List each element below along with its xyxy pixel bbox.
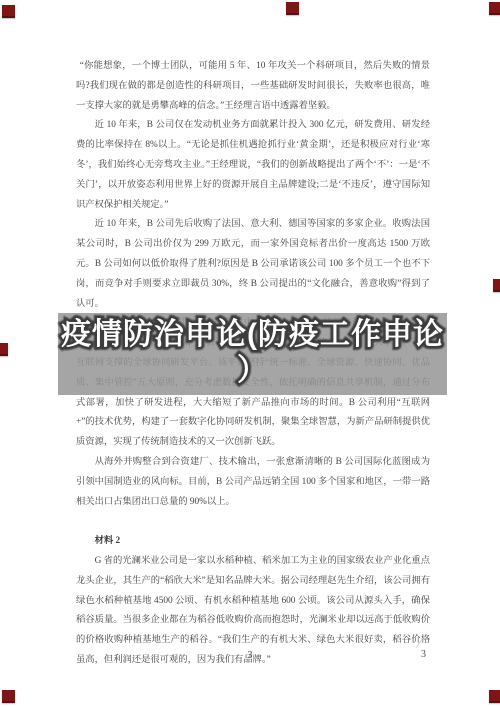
paragraph: “你能想象，一个博士团队，可能用 5 年、10 年攻关一个科研项目，然后失败的情…: [76, 57, 430, 116]
selection-handle[interactable]: [489, 2, 500, 15]
paragraph-list: “你能想象，一个博士团队，可能用 5 年、10 年攻关一个科研项目，然后失败的情…: [76, 57, 430, 512]
material-2-heading: 材料 2: [76, 532, 430, 552]
watermark-title-fill-layer: 疫情防治申论(防疫工作申论 ）: [58, 317, 447, 389]
selection-handle[interactable]: [0, 343, 8, 356]
selection-handle[interactable]: [2, 690, 15, 703]
page-number-right: 3: [421, 649, 426, 660]
selection-handle[interactable]: [489, 690, 500, 703]
paragraph: 近 10 年来，B 公司先后收购了法国、意大利、德国等国家的多家企业。收购法国某…: [76, 215, 430, 314]
watermark-title-line2: ）: [58, 353, 447, 389]
paragraph: 从海外并购整合到合资建厂、技术输出，一张愈渐清晰的 B 公司国际化蓝图成为引领中…: [76, 453, 430, 512]
selection-handle[interactable]: [493, 279, 500, 292]
selection-handle[interactable]: [2, 5, 15, 18]
paragraph: 近 10 年来，B 公司仅在发动机业务方面就累计投入 300 亿元，研发费用、研…: [76, 116, 430, 215]
watermark-title-line1: 疫情防治申论(防疫工作申论: [58, 317, 447, 353]
document-page: “你能想象，一个博士团队，可能用 5 年、10 年攻关一个科研项目，然后失败的情…: [0, 0, 500, 707]
watermark-title: 疫情防治申论(防疫工作申论 ） 疫情防治申论(防疫工作申论 ）: [58, 317, 447, 389]
selection-handle[interactable]: [286, 2, 299, 15]
